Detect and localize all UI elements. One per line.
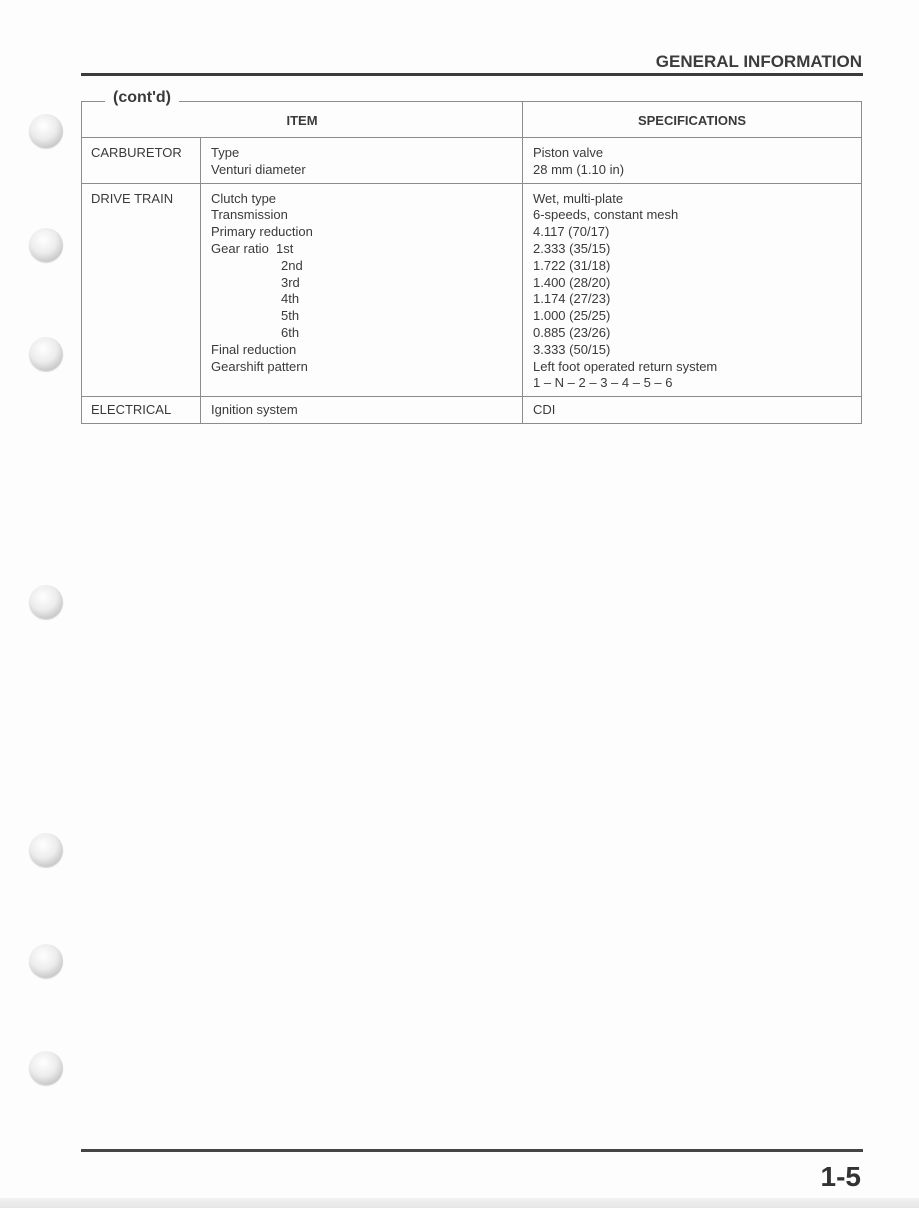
specification-value: CDI bbox=[533, 402, 861, 419]
item-label: 4th bbox=[211, 291, 522, 308]
specification-value: 1.174 (27/23) bbox=[533, 291, 861, 308]
item-label: Primary reduction bbox=[211, 224, 522, 241]
specification-value: 1 – N – 2 – 3 – 4 – 5 – 6 bbox=[533, 375, 861, 392]
item-label: Transmission bbox=[211, 207, 522, 224]
section-title: GENERAL INFORMATION bbox=[656, 52, 862, 72]
specification-value: 6-speeds, constant mesh bbox=[533, 207, 861, 224]
item-label: Gearshift pattern bbox=[211, 359, 522, 376]
specification-value: Piston valve bbox=[533, 145, 861, 162]
binder-hole bbox=[29, 833, 63, 867]
specification-cell: Piston valve28 mm (1.10 in) bbox=[523, 138, 862, 184]
page-number: 1-5 bbox=[821, 1161, 861, 1193]
table-header-row: ITEM SPECIFICATIONS bbox=[82, 102, 862, 138]
item-label: Clutch type bbox=[211, 191, 522, 208]
binder-hole bbox=[29, 114, 63, 148]
specifications-table-container: (cont'd) ITEM SPECIFICATIONS CARBURETORT… bbox=[81, 101, 862, 424]
item-label: Venturi diameter bbox=[211, 162, 522, 179]
category-cell: ELECTRICAL bbox=[82, 397, 201, 424]
specification-value: Left foot operated return system bbox=[533, 359, 861, 376]
specification-cell: CDI bbox=[523, 397, 862, 424]
page-edge bbox=[0, 1198, 919, 1208]
table-row: CARBURETORTypeVenturi diameterPiston val… bbox=[82, 138, 862, 184]
item-label: 6th bbox=[211, 325, 522, 342]
specification-value: 3.333 (50/15) bbox=[533, 342, 861, 359]
specification-cell: Wet, multi-plate6-speeds, constant mesh4… bbox=[523, 183, 862, 397]
item-label: Ignition system bbox=[211, 402, 522, 419]
specification-value: 0.885 (23/26) bbox=[533, 325, 861, 342]
specification-value: 1.722 (31/18) bbox=[533, 258, 861, 275]
binder-hole bbox=[29, 944, 63, 978]
specification-value: 1.400 (28/20) bbox=[533, 275, 861, 292]
item-label: 3rd bbox=[211, 275, 522, 292]
header-rule bbox=[81, 73, 863, 76]
item-label: Gear ratio 1st bbox=[211, 241, 522, 258]
item-label: Type bbox=[211, 145, 522, 162]
footer-rule bbox=[81, 1149, 863, 1152]
specification-value: Wet, multi-plate bbox=[533, 191, 861, 208]
specifications-table: ITEM SPECIFICATIONS CARBURETORTypeVentur… bbox=[81, 101, 862, 424]
column-header-specifications: SPECIFICATIONS bbox=[523, 102, 862, 138]
table-row: ELECTRICALIgnition systemCDI bbox=[82, 397, 862, 424]
item-label bbox=[211, 375, 522, 392]
category-cell: DRIVE TRAIN bbox=[82, 183, 201, 397]
item-cell: Clutch typeTransmissionPrimary reduction… bbox=[201, 183, 523, 397]
item-label: Final reduction bbox=[211, 342, 522, 359]
specification-value: 2.333 (35/15) bbox=[533, 241, 861, 258]
binder-hole bbox=[29, 228, 63, 262]
item-cell: TypeVenturi diameter bbox=[201, 138, 523, 184]
category-cell: CARBURETOR bbox=[82, 138, 201, 184]
table-row: DRIVE TRAINClutch typeTransmissionPrimar… bbox=[82, 183, 862, 397]
binder-hole bbox=[29, 585, 63, 619]
binder-hole bbox=[29, 337, 63, 371]
item-label: 5th bbox=[211, 308, 522, 325]
continued-label: (cont'd) bbox=[105, 89, 179, 107]
specification-value: 1.000 (25/25) bbox=[533, 308, 861, 325]
specification-value: 28 mm (1.10 in) bbox=[533, 162, 861, 179]
binder-hole bbox=[29, 1051, 63, 1085]
specification-value: 4.117 (70/17) bbox=[533, 224, 861, 241]
item-label: 2nd bbox=[211, 258, 522, 275]
item-cell: Ignition system bbox=[201, 397, 523, 424]
